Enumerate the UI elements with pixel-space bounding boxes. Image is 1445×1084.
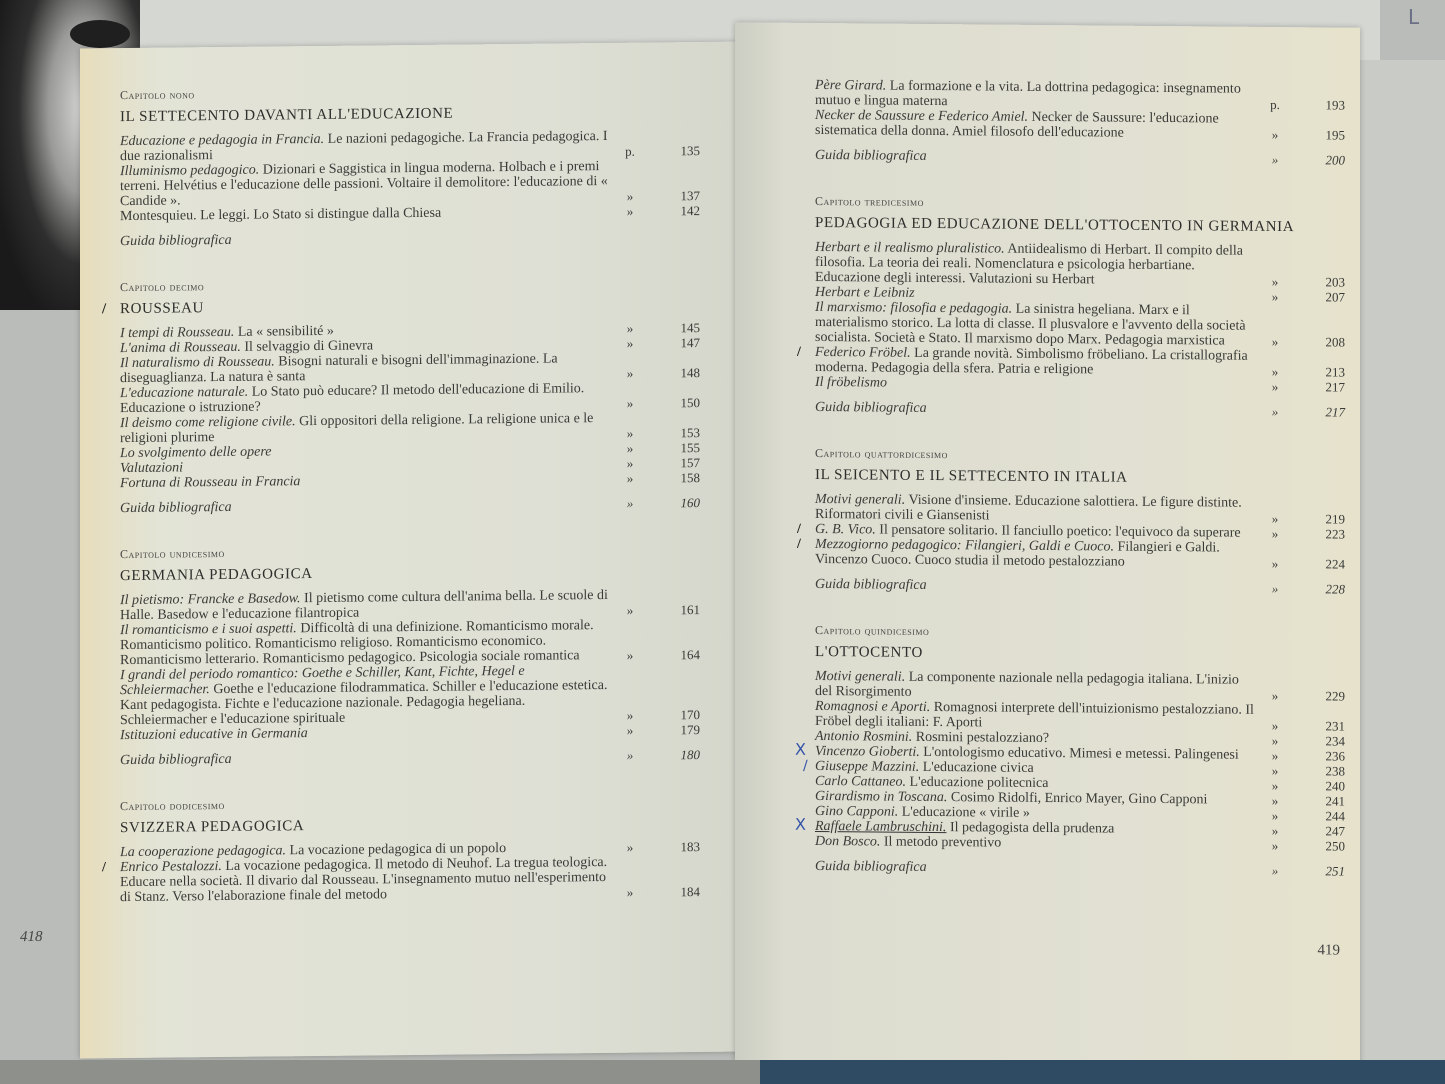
page-number: 195 — [1305, 127, 1345, 142]
page-number: 148 — [660, 365, 700, 380]
page-number: 228 — [1305, 581, 1345, 597]
chapter-14: Capitolo quattordicesimo IL SEICENTO E I… — [815, 446, 1345, 598]
page-number: 179 — [660, 722, 700, 737]
toc-entry: I grandi del periodo romantico: Goethe e… — [120, 662, 700, 728]
chapter-title: SVIZZERA PEDAGOGICA — [120, 814, 700, 837]
pen-slash-annotation: / — [797, 537, 801, 552]
bibliography-guide: Guida bibliografica»200 — [815, 148, 1345, 169]
page-number: 236 — [1305, 748, 1345, 763]
pen-x-annotation: X — [795, 742, 806, 757]
page-number: 147 — [660, 335, 700, 350]
page-number: 250 — [1305, 838, 1345, 853]
toc-entry: /Enrico Pestalozzi. La vocazione pedagog… — [120, 854, 700, 905]
page-number: 217 — [1305, 379, 1345, 394]
page-number: 251 — [1305, 863, 1345, 879]
page-number: 160 — [660, 495, 700, 511]
bibliography-guide: Guida bibliografica»251 — [815, 859, 1345, 880]
chapter-title: PEDAGOGIA ED EDUCAZIONE DELL'OTTOCENTO I… — [815, 215, 1345, 237]
page-number: 200 — [1305, 152, 1345, 168]
page-number: 153 — [660, 425, 700, 440]
page-number: 164 — [660, 647, 700, 662]
toc-entry: Il marxismo: filosofia e pedagogia. La s… — [815, 300, 1345, 350]
page-number-folio: 418 — [20, 929, 43, 946]
toc-entry: Romagnosi e Aporti. Romagnosi interprete… — [815, 699, 1345, 734]
chapter-label: Capitolo dodicesimo — [120, 793, 700, 814]
bibliography-guide: Guida bibliografica»180 — [120, 747, 700, 769]
page-number: 180 — [660, 747, 700, 763]
toc-entry: Père Girard. La formazione e la vita. La… — [815, 78, 1345, 113]
page-number: 170 — [660, 707, 700, 722]
toc-entry: /Mezzogiorno pedagogico: Filangieri, Gal… — [815, 537, 1345, 572]
book-cover-edge — [760, 1060, 1445, 1084]
chapter-title: GERMANIA PEDAGOGICA — [120, 562, 700, 585]
page-number: 219 — [1305, 511, 1345, 526]
chapter-label: Capitolo undicesimo — [120, 541, 700, 562]
chapter-11: Capitolo undicesimo GERMANIA PEDAGOGICA … — [120, 541, 700, 769]
toc-entry: Motivi generali. Visione d'insieme. Educ… — [815, 492, 1345, 527]
chapter-12: Capitolo dodicesimo SVIZZERA PEDAGOGICA … — [120, 793, 700, 905]
toc-entry: Illuminismo pedagogico. Dizionari e Sagg… — [120, 158, 700, 209]
toc-entry: /Federico Fröbel. La grande novità. Simb… — [815, 345, 1345, 380]
page-number: 137 — [660, 188, 700, 203]
chapter-title: IL SETTECENTO DAVANTI ALL'EDUCAZIONE — [120, 103, 700, 126]
page-number: 208 — [1305, 334, 1345, 349]
bibliography-guide: Guida bibliografica»228 — [815, 577, 1345, 598]
page-number: 240 — [1305, 778, 1345, 793]
pen-slash-annotation: / — [803, 759, 808, 774]
chapter-13: Capitolo tredicesimo PEDAGOGIA ED EDUCAZ… — [815, 194, 1345, 421]
page-number: 224 — [1305, 556, 1345, 571]
right-page: Père Girard. La formazione e la vita. La… — [735, 22, 1360, 1067]
page-number: 229 — [1305, 688, 1345, 703]
page-number: 244 — [1305, 808, 1345, 823]
pen-slash-annotation: / — [102, 301, 107, 318]
chapter-label: Capitolo nono — [120, 82, 700, 103]
chapter-title: L'OTTOCENTO — [815, 644, 1345, 666]
toc-entry: Motivi generali. La componente nazionale… — [815, 669, 1345, 704]
pencil-mark: L — [1408, 5, 1419, 29]
left-page-content: Capitolo nono IL SETTECENTO DAVANTI ALL'… — [120, 82, 700, 935]
book-cover-edge — [0, 1060, 760, 1084]
toc-entry: Il romanticismo e i suoi aspetti. Diffic… — [120, 617, 700, 668]
toc-entry: Don Bosco. Il metodo preventivo»250 — [815, 834, 1345, 854]
photo-eye — [70, 20, 130, 48]
background-surface — [1360, 60, 1445, 1060]
page-number: 155 — [660, 440, 700, 455]
page-number: 157 — [660, 455, 700, 470]
page-number: 158 — [660, 470, 700, 485]
page-number: 145 — [660, 320, 700, 335]
chapter-label: Capitolo tredicesimo — [815, 194, 1345, 214]
page-number: 247 — [1305, 823, 1345, 838]
chapter-15: Capitolo quindicesimo L'OTTOCENTO Motivi… — [815, 623, 1345, 880]
chapter-label: Capitolo quattordicesimo — [815, 446, 1345, 466]
page-number: 161 — [660, 602, 700, 617]
toc-entry: Necker de Saussure e Federico Amiel. Nec… — [815, 108, 1345, 143]
pen-slash-annotation: / — [102, 860, 106, 875]
chapter-title: / ROUSSEAU — [120, 295, 700, 318]
page-number: 234 — [1305, 733, 1345, 748]
chapter-12-continued: Père Girard. La formazione e la vita. La… — [815, 78, 1345, 169]
bibliography-guide: Guida bibliografica — [120, 228, 700, 250]
page-number: 231 — [1305, 718, 1345, 733]
chapter-title: IL SEICENTO E IL SETTECENTO IN ITALIA — [815, 467, 1345, 489]
toc-entry: Il fröbelismo»217 — [815, 375, 1345, 395]
page-number: 213 — [1305, 364, 1345, 379]
pen-slash-annotation: / — [797, 345, 801, 360]
page-number: 193 — [1305, 97, 1345, 112]
page-number: 184 — [660, 884, 700, 899]
chapter-10: Capitolo decimo / ROUSSEAU I tempi di Ro… — [120, 274, 700, 517]
page-number: 135 — [660, 143, 700, 158]
page-number: 203 — [1305, 274, 1345, 289]
pen-slash-annotation: / — [797, 522, 801, 537]
page-number: 207 — [1305, 289, 1345, 304]
page-number: 217 — [1305, 404, 1345, 420]
page-number: 238 — [1305, 763, 1345, 778]
chapter-9: Capitolo nono IL SETTECENTO DAVANTI ALL'… — [120, 82, 700, 250]
bibliography-guide: Guida bibliografica»217 — [815, 400, 1345, 421]
chapter-label: Capitolo quindicesimo — [815, 623, 1345, 643]
chapter-label: Capitolo decimo — [120, 274, 700, 295]
page-number: 142 — [660, 203, 700, 218]
page-number: 241 — [1305, 793, 1345, 808]
left-page: Capitolo nono IL SETTECENTO DAVANTI ALL'… — [80, 42, 748, 1059]
page-number: 150 — [660, 395, 700, 410]
right-page-content: Père Girard. La formazione e la vita. La… — [815, 78, 1345, 910]
toc-entry: Herbart e il realismo pluralistico. Anti… — [815, 240, 1345, 290]
page-number: 183 — [660, 839, 700, 854]
pen-x-annotation: X — [795, 817, 806, 832]
page-number-folio: 419 — [1318, 942, 1341, 959]
bibliography-guide: Guida bibliografica»160 — [120, 495, 700, 517]
page-number: 223 — [1305, 526, 1345, 541]
